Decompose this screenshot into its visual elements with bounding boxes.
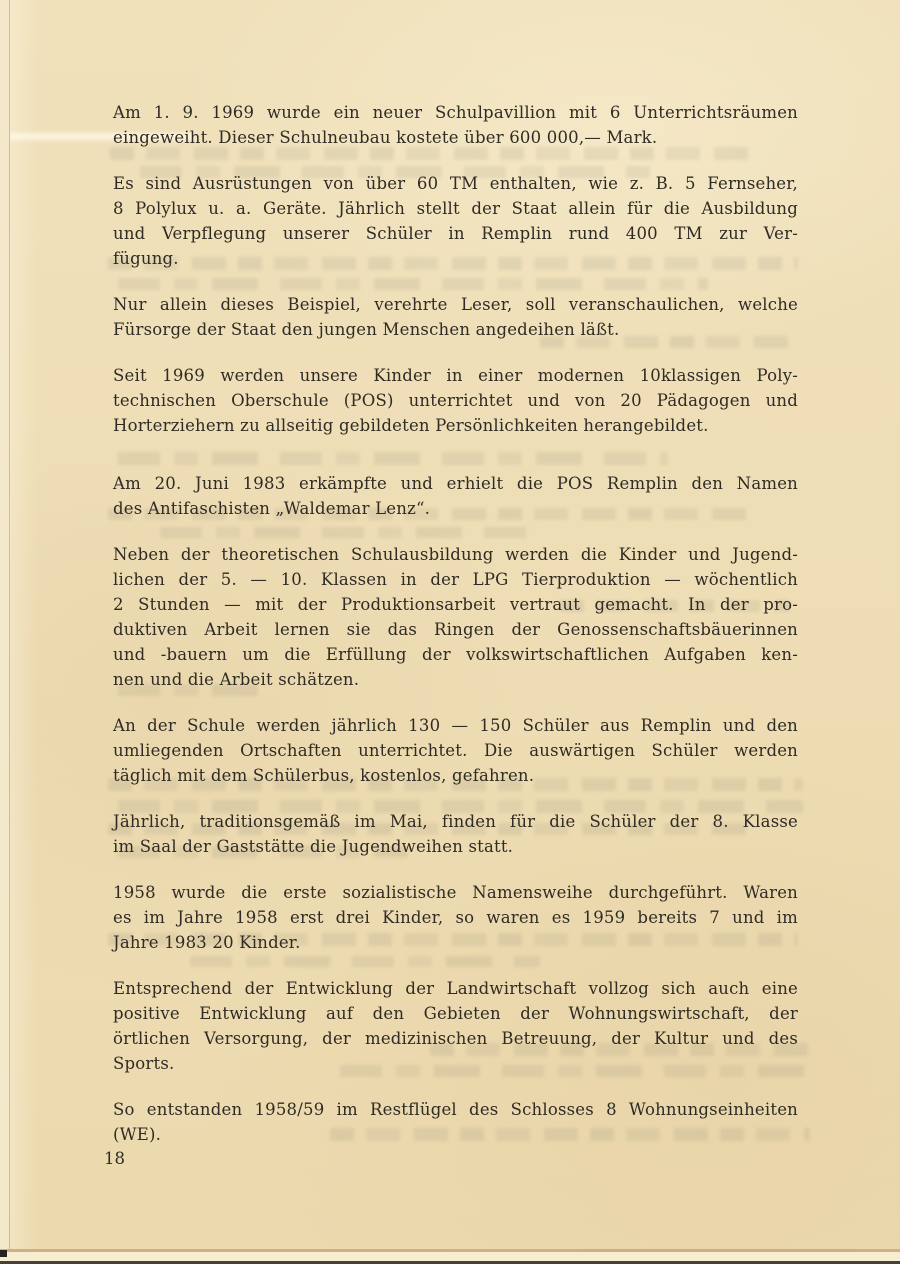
text-line: Fürsorge der Staat den jungen Menschen a… xyxy=(113,317,798,342)
scan-edge-left xyxy=(0,0,10,1264)
text-line: Seit 1969 werden unsere Kinder in einer … xyxy=(113,363,798,388)
paragraph: An der Schule werden jährlich 130 — 150 … xyxy=(113,713,798,788)
text-line: Nur allein dieses Beispiel, verehrte Les… xyxy=(113,292,798,317)
paragraph: Nur allein dieses Beispiel, verehrte Les… xyxy=(113,292,798,342)
text-line: und -bauern um die Erfüllung der volkswi… xyxy=(113,642,798,667)
text-line: Jahre 1983 20 Kinder. xyxy=(113,930,798,955)
text-line: 8 Polylux u. a. Geräte. Jährlich stellt … xyxy=(113,196,798,221)
paragraph: Seit 1969 werden unsere Kinder in einer … xyxy=(113,363,798,438)
paragraph: So entstanden 1958/59 im Restflügel des … xyxy=(113,1097,798,1147)
scanned-book-page: { "document": { "page_number": "18", "co… xyxy=(0,0,900,1264)
text-line: umliegenden Ortschaften unterrichtet. Di… xyxy=(113,738,798,763)
page-text-block: Am 1. 9. 1969 wurde ein neuer Schulpavil… xyxy=(113,100,798,1168)
text-line: Es sind Ausrüstungen von über 60 TM enth… xyxy=(113,171,798,196)
text-line: es im Jahre 1958 erst drei Kinder, so wa… xyxy=(113,905,798,930)
text-line: Sports. xyxy=(113,1051,798,1076)
text-line: So entstanden 1958/59 im Restflügel des … xyxy=(113,1097,798,1122)
text-line: örtlichen Versorgung, der medizinischen … xyxy=(113,1026,798,1051)
text-line: lichen der 5. — 10. Klassen in der LPG T… xyxy=(113,567,798,592)
page-number: 18 xyxy=(104,1146,125,1171)
text-line: duktiven Arbeit lernen sie das Ringen de… xyxy=(113,617,798,642)
text-line: täglich mit dem Schülerbus, kostenlos, g… xyxy=(113,763,798,788)
paragraph: 1958 wurde die erste sozialistische Name… xyxy=(113,880,798,955)
paragraph: Es sind Ausrüstungen von über 60 TM enth… xyxy=(113,171,798,271)
text-line: Neben der theoretischen Schulausbildung … xyxy=(113,542,798,567)
text-line: 2 Stunden — mit der Produktionsarbeit ve… xyxy=(113,592,798,617)
text-line: Horterziehern zu allseitig gebildeten Pe… xyxy=(113,413,798,438)
paragraph: Am 20. Juni 1983 erkämpfte und erhielt d… xyxy=(113,471,798,521)
paragraph: Am 1. 9. 1969 wurde ein neuer Schulpavil… xyxy=(113,100,798,150)
text-line: Entsprechend der Entwicklung der Landwir… xyxy=(113,976,798,1001)
paragraph: Entsprechend der Entwicklung der Landwir… xyxy=(113,976,798,1076)
text-line: (WE). xyxy=(113,1122,798,1147)
scan-edge-bottom-strip xyxy=(0,1252,900,1261)
text-line: und Verpflegung unserer Schüler in Rempl… xyxy=(113,221,798,246)
text-line: An der Schule werden jährlich 130 — 150 … xyxy=(113,713,798,738)
text-line: technischen Oberschule (POS) unterrichte… xyxy=(113,388,798,413)
text-line: Am 20. Juni 1983 erkämpfte und erhielt d… xyxy=(113,471,798,496)
text-line: Jährlich, traditionsgemäß im Mai, finden… xyxy=(113,809,798,834)
text-line: im Saal der Gaststätte die Jugendweihen … xyxy=(113,834,798,859)
text-line: nen und die Arbeit schätzen. xyxy=(113,667,798,692)
paragraph: Neben der theoretischen Schulausbildung … xyxy=(113,542,798,692)
scan-corner-mark xyxy=(0,1250,7,1257)
text-line: Am 1. 9. 1969 wurde ein neuer Schulpavil… xyxy=(113,100,798,125)
text-line: fügung. xyxy=(113,246,798,271)
text-line: des Antifaschisten „Waldemar Lenz“. xyxy=(113,496,798,521)
text-line: 1958 wurde die erste sozialistische Name… xyxy=(113,880,798,905)
scan-edge-left-soft xyxy=(10,0,38,1264)
paragraph: Jährlich, traditionsgemäß im Mai, finden… xyxy=(113,809,798,859)
text-line: positive Entwicklung auf den Gebieten de… xyxy=(113,1001,798,1026)
text-line: eingeweiht. Dieser Schulneubau kostete ü… xyxy=(113,125,798,150)
